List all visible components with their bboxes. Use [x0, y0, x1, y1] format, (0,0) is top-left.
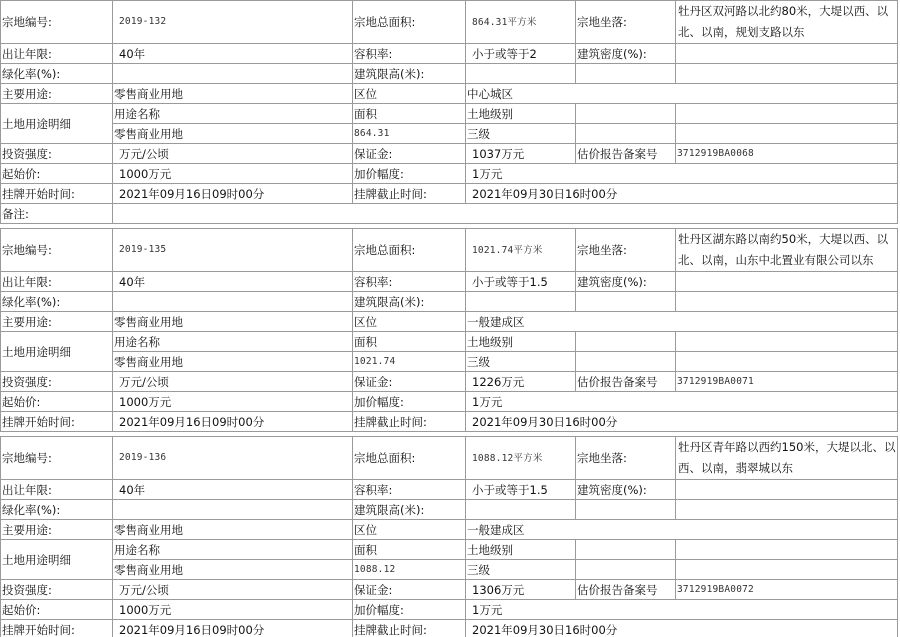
row-start-price: 起始价: 1000万元 加价幅度: 1万元 — [1, 600, 898, 620]
label-investment: 投资强度: — [1, 144, 113, 164]
header-area: 面积 — [353, 540, 466, 560]
label-appraisal-no: 估价报告备案号 — [576, 580, 676, 600]
label-start-price: 起始价: — [1, 600, 113, 620]
value-building-density — [676, 272, 898, 292]
label-deposit: 保证金: — [353, 372, 466, 392]
value-listing-start: 2021年09月16日09时00分 — [113, 620, 353, 637]
label-building-density: 建筑密度(%): — [576, 272, 676, 292]
value-use-name: 零售商业用地 — [113, 124, 353, 144]
value-green-rate — [113, 292, 353, 312]
value-total-area: 1021.74平方米 — [466, 229, 576, 272]
empty-cell — [576, 292, 676, 312]
value-total-area-text: 864.31平方米 — [472, 17, 537, 28]
label-green-rate: 绿化率(%): — [1, 292, 113, 312]
label-deposit: 保证金: — [353, 580, 466, 600]
empty-cell — [676, 64, 898, 84]
land-listing-document: 宗地编号: 2019-132 宗地总面积: 864.31平方米 宗地坐落: 牡丹… — [0, 0, 900, 637]
parcel-table-2019-135: 宗地编号: 2019-135 宗地总面积: 1021.74平方米 宗地坐落: 牡… — [0, 228, 898, 432]
row-start-price: 起始价: 1000万元 加价幅度: 1万元 — [1, 392, 898, 412]
label-increment: 加价幅度: — [353, 164, 466, 184]
value-land-grade: 三级 — [466, 560, 576, 580]
value-main-use: 零售商业用地 — [113, 520, 353, 540]
empty-cell — [576, 64, 676, 84]
value-plot-ratio: 小于或等于1.5 — [466, 272, 576, 292]
value-area: 1088.12 — [353, 560, 466, 580]
value-area: 1021.74 — [353, 352, 466, 372]
label-listing-start: 挂牌开始时间: — [1, 620, 113, 637]
value-term: 40年 — [113, 272, 353, 292]
row-green-rate: 绿化率(%): 建筑限高(米): — [1, 64, 898, 84]
empty-cell — [576, 500, 676, 520]
value-plot-ratio: 小于或等于1.5 — [466, 480, 576, 500]
row-parcel-no: 宗地编号: 2019-136 宗地总面积: 1088.12平方米 宗地坐落: 牡… — [1, 437, 898, 480]
row-listing-time: 挂牌开始时间: 2021年09月16日09时00分 挂牌截止时间: 2021年0… — [1, 620, 898, 637]
value-main-use: 零售商业用地 — [113, 84, 353, 104]
value-area: 864.31 — [353, 124, 466, 144]
row-term: 出让年限: 40年 容积率: 小于或等于2 建筑密度(%): — [1, 44, 898, 64]
value-listing-end: 2021年09月30日16时00分 — [466, 620, 898, 637]
label-remarks: 备注: — [1, 204, 113, 224]
value-use-name: 零售商业用地 — [113, 352, 353, 372]
label-green-rate: 绿化率(%): — [1, 500, 113, 520]
value-location: 牡丹区青年路以西约150米，大堤以北、以西、以南，翡翠城以东 — [676, 437, 898, 480]
header-use-name: 用途名称 — [113, 332, 353, 352]
value-term: 40年 — [113, 44, 353, 64]
row-use-detail-value: 零售商业用地 1021.74 三级 — [1, 352, 898, 372]
value-start-price: 1000万元 — [113, 392, 353, 412]
row-term: 出让年限: 40年 容积率: 小于或等于1.5 建筑密度(%): — [1, 272, 898, 292]
value-appraisal-no: 3712919BA0072 — [676, 580, 898, 600]
value-total-area-text: 1021.74平方米 — [472, 245, 543, 256]
row-parcel-no: 宗地编号: 2019-135 宗地总面积: 1021.74平方米 宗地坐落: 牡… — [1, 229, 898, 272]
value-start-price: 1000万元 — [113, 600, 353, 620]
row-use-detail-value: 零售商业用地 1088.12 三级 — [1, 560, 898, 580]
row-start-price: 起始价: 1000万元 加价幅度: 1万元 — [1, 164, 898, 184]
value-parcel-no: 2019-136 — [113, 437, 353, 480]
value-listing-end: 2021年09月30日16时00分 — [466, 184, 898, 204]
row-green-rate: 绿化率(%): 建筑限高(米): — [1, 292, 898, 312]
label-main-use: 主要用途: — [1, 312, 113, 332]
empty-cell — [576, 540, 676, 560]
row-main-use: 主要用途: 零售商业用地 区位 中心城区 — [1, 84, 898, 104]
value-deposit: 1037万元 — [466, 144, 576, 164]
row-main-use: 主要用途: 零售商业用地 区位 一般建成区 — [1, 312, 898, 332]
empty-cell — [576, 352, 676, 372]
label-zone: 区位 — [353, 520, 466, 540]
value-location: 牡丹区双河路以北约80米，大堤以西、以北、以南，规划支路以东 — [676, 1, 898, 44]
label-building-density: 建筑密度(%): — [576, 44, 676, 64]
parcel-table-2019-132: 宗地编号: 2019-132 宗地总面积: 864.31平方米 宗地坐落: 牡丹… — [0, 0, 898, 224]
row-investment: 投资强度: 万元/公顷 保证金: 1306万元 估价报告备案号 3712919B… — [1, 580, 898, 600]
value-deposit: 1226万元 — [466, 372, 576, 392]
empty-cell — [576, 104, 676, 124]
label-land-use-detail: 土地用途明细 — [1, 540, 113, 580]
label-land-use-detail: 土地用途明细 — [1, 104, 113, 144]
row-term: 出让年限: 40年 容积率: 小于或等于1.5 建筑密度(%): — [1, 480, 898, 500]
parcel-table-2019-136: 宗地编号: 2019-136 宗地总面积: 1088.12平方米 宗地坐落: 牡… — [0, 436, 898, 637]
header-land-grade: 土地级别 — [466, 540, 576, 560]
value-green-rate — [113, 64, 353, 84]
value-plot-ratio: 小于或等于2 — [466, 44, 576, 64]
value-listing-end: 2021年09月30日16时00分 — [466, 412, 898, 432]
label-parcel-no: 宗地编号: — [1, 437, 113, 480]
label-green-rate: 绿化率(%): — [1, 64, 113, 84]
label-term: 出让年限: — [1, 480, 113, 500]
label-plot-ratio: 容积率: — [353, 480, 466, 500]
value-increment: 1万元 — [466, 600, 898, 620]
row-remarks: 备注: — [1, 204, 898, 224]
value-zone: 中心城区 — [466, 84, 898, 104]
value-use-name: 零售商业用地 — [113, 560, 353, 580]
row-main-use: 主要用途: 零售商业用地 区位 一般建成区 — [1, 520, 898, 540]
label-total-area: 宗地总面积: — [353, 437, 466, 480]
label-parcel-no: 宗地编号: — [1, 1, 113, 44]
header-land-grade: 土地级别 — [466, 104, 576, 124]
label-total-area: 宗地总面积: — [353, 229, 466, 272]
value-land-grade: 三级 — [466, 124, 576, 144]
label-plot-ratio: 容积率: — [353, 272, 466, 292]
row-investment: 投资强度: 万元/公顷 保证金: 1037万元 估价报告备案号 3712919B… — [1, 144, 898, 164]
value-investment: 万元/公顷 — [113, 580, 353, 600]
value-appraisal-no: 3712919BA0071 — [676, 372, 898, 392]
label-location: 宗地坐落: — [576, 1, 676, 44]
label-location: 宗地坐落: — [576, 437, 676, 480]
header-land-grade: 土地级别 — [466, 332, 576, 352]
value-zone: 一般建成区 — [466, 520, 898, 540]
label-zone: 区位 — [353, 312, 466, 332]
empty-cell — [676, 560, 898, 580]
empty-cell — [576, 560, 676, 580]
label-listing-start: 挂牌开始时间: — [1, 184, 113, 204]
empty-cell — [676, 332, 898, 352]
header-use-name: 用途名称 — [113, 540, 353, 560]
label-term: 出让年限: — [1, 44, 113, 64]
empty-cell — [676, 352, 898, 372]
label-height-limit: 建筑限高(米): — [353, 500, 466, 520]
value-start-price: 1000万元 — [113, 164, 353, 184]
empty-cell — [676, 104, 898, 124]
value-investment: 万元/公顷 — [113, 144, 353, 164]
value-deposit: 1306万元 — [466, 580, 576, 600]
value-remarks — [113, 204, 898, 224]
value-total-area-text: 1088.12平方米 — [472, 453, 543, 464]
label-location: 宗地坐落: — [576, 229, 676, 272]
empty-cell — [676, 540, 898, 560]
value-building-density — [676, 44, 898, 64]
empty-cell — [676, 124, 898, 144]
label-listing-start: 挂牌开始时间: — [1, 412, 113, 432]
label-height-limit: 建筑限高(米): — [353, 64, 466, 84]
label-increment: 加价幅度: — [353, 392, 466, 412]
value-total-area: 864.31平方米 — [466, 1, 576, 44]
row-listing-time: 挂牌开始时间: 2021年09月16日09时00分 挂牌截止时间: 2021年0… — [1, 412, 898, 432]
value-listing-start: 2021年09月16日09时00分 — [113, 412, 353, 432]
label-listing-end: 挂牌截止时间: — [353, 184, 466, 204]
label-appraisal-no: 估价报告备案号 — [576, 144, 676, 164]
header-area: 面积 — [353, 104, 466, 124]
value-building-density — [676, 480, 898, 500]
label-total-area: 宗地总面积: — [353, 1, 466, 44]
label-increment: 加价幅度: — [353, 600, 466, 620]
row-use-detail-value: 零售商业用地 864.31 三级 — [1, 124, 898, 144]
label-land-use-detail: 土地用途明细 — [1, 332, 113, 372]
row-parcel-no: 宗地编号: 2019-132 宗地总面积: 864.31平方米 宗地坐落: 牡丹… — [1, 1, 898, 44]
value-parcel-no: 2019-135 — [113, 229, 353, 272]
label-parcel-no: 宗地编号: — [1, 229, 113, 272]
label-listing-end: 挂牌截止时间: — [353, 620, 466, 637]
value-increment: 1万元 — [466, 392, 898, 412]
value-main-use: 零售商业用地 — [113, 312, 353, 332]
header-area: 面积 — [353, 332, 466, 352]
empty-cell — [676, 500, 898, 520]
label-main-use: 主要用途: — [1, 84, 113, 104]
row-use-detail-header: 土地用途明细 用途名称 面积 土地级别 — [1, 540, 898, 560]
label-zone: 区位 — [353, 84, 466, 104]
empty-cell — [576, 124, 676, 144]
row-investment: 投资强度: 万元/公顷 保证金: 1226万元 估价报告备案号 3712919B… — [1, 372, 898, 392]
value-investment: 万元/公顷 — [113, 372, 353, 392]
label-deposit: 保证金: — [353, 144, 466, 164]
value-location: 牡丹区湖东路以南约50米，大堤以西、以北、以南，山东中北置业有限公司以东 — [676, 229, 898, 272]
value-term: 40年 — [113, 480, 353, 500]
label-investment: 投资强度: — [1, 372, 113, 392]
label-plot-ratio: 容积率: — [353, 44, 466, 64]
row-use-detail-header: 土地用途明细 用途名称 面积 土地级别 — [1, 104, 898, 124]
label-building-density: 建筑密度(%): — [576, 480, 676, 500]
label-main-use: 主要用途: — [1, 520, 113, 540]
value-appraisal-no: 3712919BA0068 — [676, 144, 898, 164]
header-use-name: 用途名称 — [113, 104, 353, 124]
empty-cell — [576, 332, 676, 352]
label-investment: 投资强度: — [1, 580, 113, 600]
value-green-rate — [113, 500, 353, 520]
value-parcel-no: 2019-132 — [113, 1, 353, 44]
row-listing-time: 挂牌开始时间: 2021年09月16日09时00分 挂牌截止时间: 2021年0… — [1, 184, 898, 204]
label-start-price: 起始价: — [1, 164, 113, 184]
label-start-price: 起始价: — [1, 392, 113, 412]
label-height-limit: 建筑限高(米): — [353, 292, 466, 312]
value-listing-start: 2021年09月16日09时00分 — [113, 184, 353, 204]
value-height-limit — [466, 500, 576, 520]
value-increment: 1万元 — [466, 164, 898, 184]
row-use-detail-header: 土地用途明细 用途名称 面积 土地级别 — [1, 332, 898, 352]
empty-cell — [676, 292, 898, 312]
value-land-grade: 三级 — [466, 352, 576, 372]
value-zone: 一般建成区 — [466, 312, 898, 332]
label-appraisal-no: 估价报告备案号 — [576, 372, 676, 392]
value-height-limit — [466, 292, 576, 312]
value-height-limit — [466, 64, 576, 84]
label-term: 出让年限: — [1, 272, 113, 292]
label-listing-end: 挂牌截止时间: — [353, 412, 466, 432]
value-total-area: 1088.12平方米 — [466, 437, 576, 480]
row-green-rate: 绿化率(%): 建筑限高(米): — [1, 500, 898, 520]
